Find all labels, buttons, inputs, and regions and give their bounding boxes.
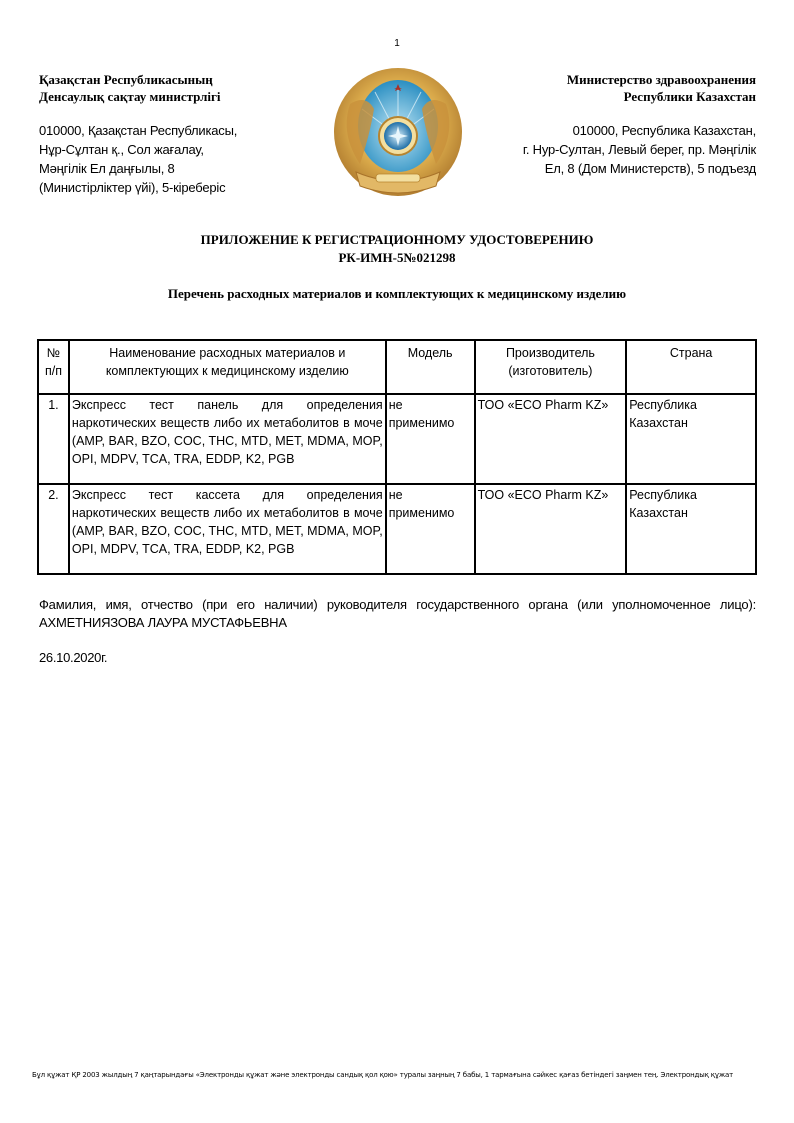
header-country: Страна	[626, 340, 756, 394]
header-manufacturer: Производитель (изготовитель)	[475, 340, 627, 394]
signer-label: Фамилия, имя, отчество (при его наличии)…	[39, 597, 756, 612]
table-row: 2. Экспресс тест кассета для определения…	[38, 484, 756, 574]
header-num: № п/п	[38, 340, 69, 394]
header-model: Модель	[386, 340, 475, 394]
table-header-row: № п/п Наименование расходных материалов …	[38, 340, 756, 394]
cell-model: не применимо	[386, 394, 475, 484]
address-russian: 010000, Республика Казахстан, г. Нур-Сул…	[426, 121, 756, 178]
cell-num: 1.	[38, 394, 69, 484]
address-kazakh: 010000, Қазақстан Республикасы, Нұр-Сұлт…	[39, 121, 319, 197]
table-row: 1. Экспресс тест панель для определения …	[38, 394, 756, 484]
document-subtitle: Перечень расходных материалов и комплект…	[0, 286, 794, 302]
header-name: Наименование расходных материалов и комп…	[69, 340, 386, 394]
cell-country: Республика Казахстан	[626, 394, 756, 484]
cell-country: Республика Казахстан	[626, 484, 756, 574]
certificate-number: РК-ИМН-5№021298	[0, 249, 794, 267]
cell-num: 2.	[38, 484, 69, 574]
signer-info: Фамилия, имя, отчество (при его наличии)…	[39, 596, 756, 632]
ministry-name-kazakh: Қазақстан Республикасының Денсаулық сақт…	[39, 71, 319, 105]
components-table: № п/п Наименование расходных материалов …	[37, 339, 757, 575]
cell-model: не применимо	[386, 484, 475, 574]
cell-name: Экспресс тест кассета для определения на…	[69, 484, 386, 574]
signer-name: АХМЕТНИЯЗОВА ЛАУРА МУСТАФЬЕВНА	[39, 615, 287, 630]
page-number: 1	[0, 38, 794, 49]
document-date: 26.10.2020г.	[39, 650, 107, 665]
legal-footer: Бұл құжат ҚР 2003 жылдың 7 қаңтарындағы …	[32, 1071, 794, 1079]
ministry-name-russian: Министерство здравоохранения Республики …	[456, 71, 756, 105]
cell-name: Экспресс тест панель для определения нар…	[69, 394, 386, 484]
document-title: ПРИЛОЖЕНИЕ К РЕГИСТРАЦИОННОМУ УДОСТОВЕРЕ…	[0, 231, 794, 267]
cell-manufacturer: ТОО «ECO Pharm KZ»	[475, 394, 627, 484]
cell-manufacturer: ТОО «ECO Pharm KZ»	[475, 484, 627, 574]
